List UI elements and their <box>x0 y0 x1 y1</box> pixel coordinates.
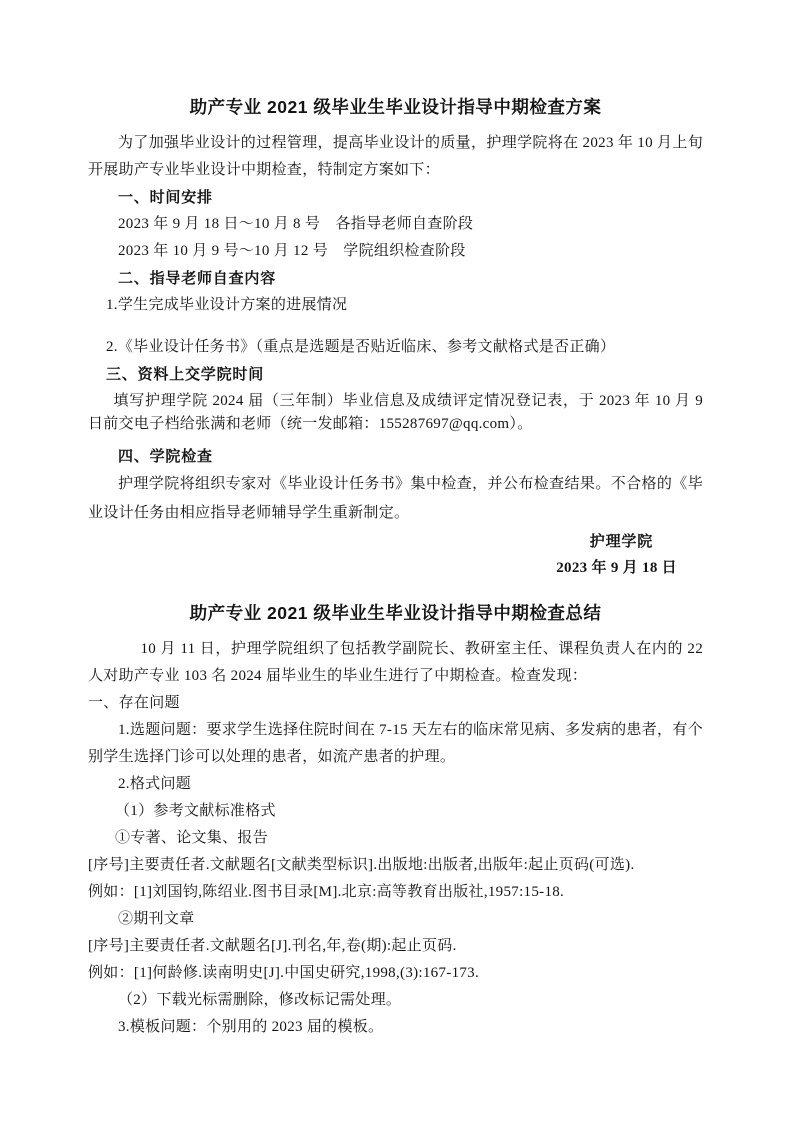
doc2-ref-format-journal: [序号]主要责任者.文献题名[J].刊名,年,卷(期):起止页码. <box>88 933 703 960</box>
doc1-selfcheck-item-2: 2.《毕业设计任务书》（重点是选题是否贴近临床、参考文献格式是否正确） <box>88 334 703 361</box>
doc2-ref-type-monograph: ①专著、论文集、报告 <box>88 825 703 852</box>
doc1-selfcheck-item-1: 1.学生完成毕业设计方案的进展情况 <box>88 292 703 319</box>
doc2-issue-template: 3.模板问题：个别用的 2023 届的模板。 <box>88 1014 703 1041</box>
doc1-signature-org: 护理学院 <box>88 528 703 555</box>
doc2-intro-paragraph: 10 月 11 日，护理学院组织了包括教学副院长、教研室主任、课程负责人在内的 … <box>88 636 703 690</box>
doc1-time-phase-1: 2023 年 9 月 18 日～10 月 8 号 各指导老师自查阶段 <box>88 211 703 238</box>
doc1-heading-selfcheck: 二、指导老师自查内容 <box>88 265 703 292</box>
doc2-issue-topic-selection: 1.选题问题：要求学生选择住院时间在 7-15 天左右的临床常见病、多发病的患者… <box>88 717 703 771</box>
doc2-ref-example-monograph: 例如：[1]刘国钧,陈绍业.图书目录[M].北京:高等教育出版社,1957:15… <box>88 879 703 906</box>
doc1-title: 助产专业 2021 级毕业生毕业设计指导中期检查方案 <box>88 94 703 120</box>
doc2-ref-example-journal: 例如：[1]何龄修.读南明史[J].中国史研究,1998,(3):167-173… <box>88 960 703 987</box>
doc1-heading-college-check: 四、学院检查 <box>88 443 703 470</box>
doc2-title: 助产专业 2021 级毕业生毕业设计指导中期检查总结 <box>88 600 703 626</box>
doc1-time-phase-2: 2023 年 10 月 9 号～10 月 12 号 学院组织检查阶段 <box>88 238 703 265</box>
doc2-sub-cursor-cleanup: （2）下载光标需删除，修改标记需处理。 <box>88 987 703 1014</box>
doc2-issue-format: 2.格式问题 <box>88 771 703 798</box>
doc1-intro-paragraph: 为了加强毕业设计的过程管理，提高毕业设计的质量，护理学院将在 2023 年 10… <box>88 130 703 184</box>
doc2-sub-reference-format: （1）参考文献标准格式 <box>88 798 703 825</box>
doc2-heading-problems: 一、存在问题 <box>88 690 703 717</box>
doc1-heading-time-schedule: 一、时间安排 <box>88 184 703 211</box>
document-page: 助产专业 2021 级毕业生毕业设计指导中期检查方案 为了加强毕业设计的过程管理… <box>0 0 793 1122</box>
doc1-submit-paragraph: 填写护理学院 2024 届（三年制）毕业信息及成绩评定情况登记表，于 2023 … <box>88 388 703 439</box>
doc1-college-check-paragraph: 护理学院将组织专家对《毕业设计任务书》集中检查，并公布检查结果。不合格的《毕业设… <box>88 470 703 528</box>
doc1-signature-date: 2023 年 9 月 18 日 <box>88 555 703 582</box>
doc1-heading-submit-time: 三、资料上交学院时间 <box>88 361 703 388</box>
doc2-ref-type-journal: ②期刊文章 <box>88 906 703 933</box>
doc2-ref-format-monograph: [序号]主要责任者.文献题名[文献类型标识].出版地:出版者,出版年:起止页码(… <box>88 852 703 879</box>
